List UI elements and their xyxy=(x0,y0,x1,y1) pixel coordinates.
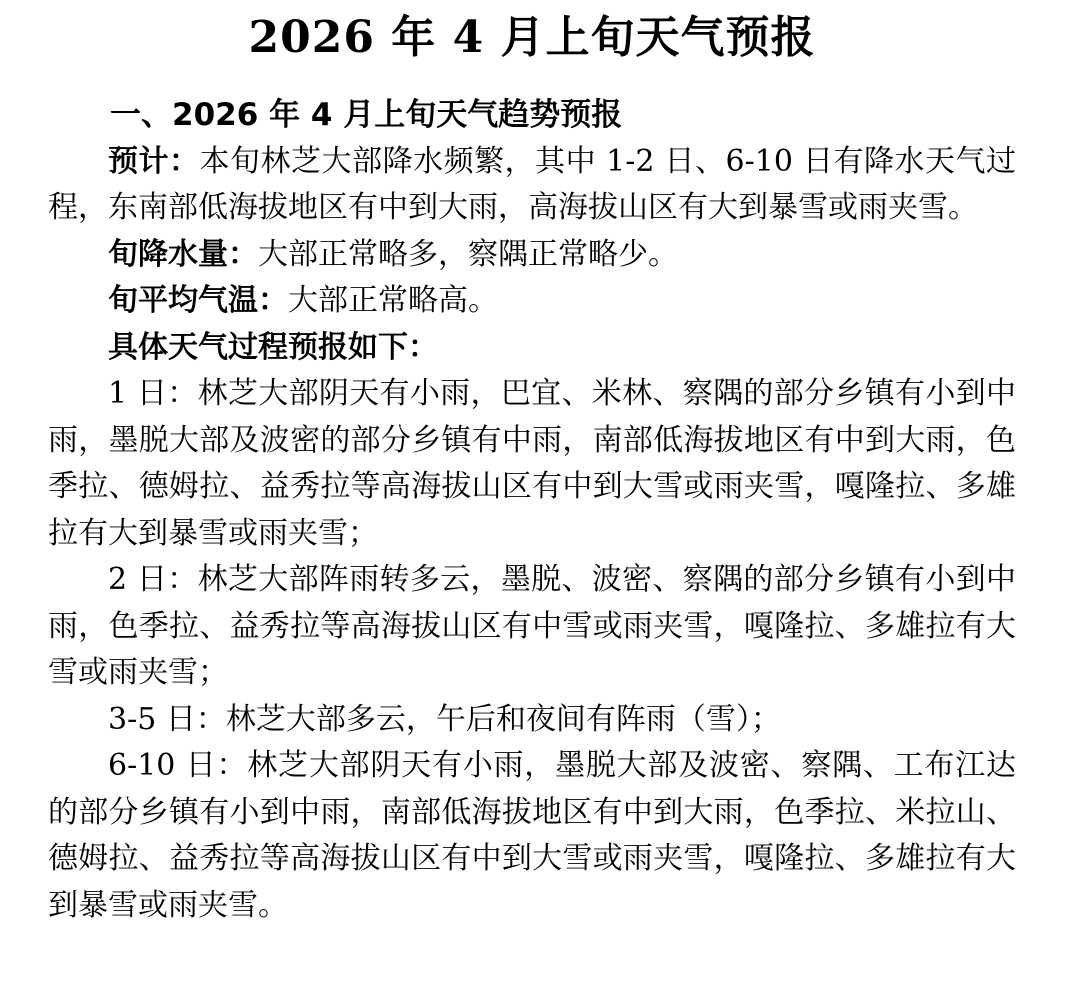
paragraph-day-1: 1 日：林芝大部阴天有小雨，巴宜、米林、察隅的部分乡镇有小到中雨，墨脱大部及波密… xyxy=(48,371,1016,557)
paragraph-text: 2 日：林芝大部阵雨转多云，墨脱、波密、察隅的部分乡镇有小到中雨，色季拉、益秀拉… xyxy=(48,562,1016,690)
section-heading: 一、2026 年 4 月上旬天气趋势预报 xyxy=(48,92,1016,139)
paragraph-label: 预计： xyxy=(108,144,200,179)
paragraph-forecast-summary: 预计：本旬林芝大部降水频繁，其中 1-2 日、6-10 日有降水天气过程，东南部… xyxy=(48,139,1016,232)
paragraph-label: 旬降水量： xyxy=(108,237,258,272)
paragraph-day-2: 2 日：林芝大部阵雨转多云，墨脱、波密、察隅的部分乡镇有小到中雨，色季拉、益秀拉… xyxy=(48,557,1016,697)
paragraph-text: 1 日：林芝大部阴天有小雨，巴宜、米林、察隅的部分乡镇有小到中雨，墨脱大部及波密… xyxy=(48,376,1016,551)
paragraph-text: 3-5 日：林芝大部多云，午后和夜间有阵雨（雪）； xyxy=(108,702,781,737)
paragraph-day-6-10: 6-10 日：林芝大部阴天有小雨，墨脱大部及波密、察隅、工布江达的部分乡镇有小到… xyxy=(48,743,1016,929)
paragraph-day-3-5: 3-5 日：林芝大部多云，午后和夜间有阵雨（雪）； xyxy=(48,697,1016,744)
document-page: 2026 年 4 月上旬天气预报 一、2026 年 4 月上旬天气趋势预报 预计… xyxy=(0,0,1080,982)
paragraph-label: 旬平均气温： xyxy=(108,283,288,318)
paragraph-text: 大部正常略多，察隅正常略少。 xyxy=(258,237,678,272)
paragraph-mean-temperature: 旬平均气温：大部正常略高。 xyxy=(48,278,1016,325)
page-title: 2026 年 4 月上旬天气预报 xyxy=(48,10,1016,66)
paragraph-detail-intro: 具体天气过程预报如下： xyxy=(48,325,1016,372)
paragraph-precipitation: 旬降水量：大部正常略多，察隅正常略少。 xyxy=(48,232,1016,279)
paragraph-text: 6-10 日：林芝大部阴天有小雨，墨脱大部及波密、察隅、工布江达的部分乡镇有小到… xyxy=(48,748,1016,923)
paragraph-label: 具体天气过程预报如下： xyxy=(108,330,438,365)
paragraph-text: 大部正常略高。 xyxy=(288,283,498,318)
